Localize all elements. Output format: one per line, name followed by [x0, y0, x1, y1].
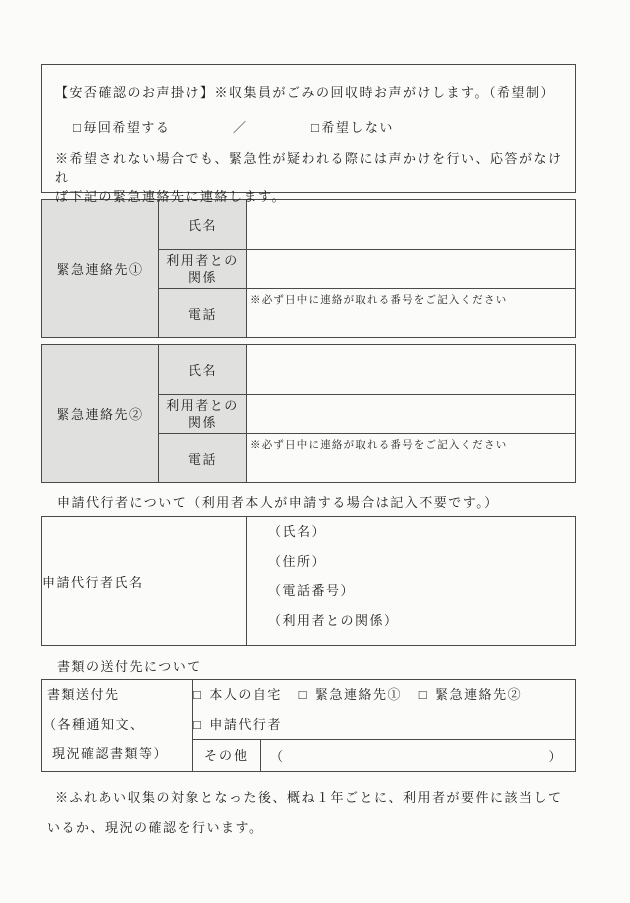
contact-1-relation-label: 利用者との関係: [159, 250, 247, 289]
open-paren: （: [270, 746, 285, 765]
checkbox-mailing-home[interactable]: □本人の自宅: [193, 687, 282, 702]
mailing-label-cell: 書類送付先 （各種通知文、 現況確認書類等）: [42, 680, 193, 772]
contact-1-phone-label: 電話: [159, 289, 247, 338]
footer-note-line1: ※ふれあい収集の対象となった後、概ね１年ごとに、利用者が要件に該当して: [41, 783, 576, 813]
mailing-section-title: 書類の送付先について: [41, 656, 576, 671]
option-not-desired-label: 希望しない: [321, 120, 394, 135]
emergency-contact-1-table: 緊急連絡先① 氏名 利用者との関係 電話 ※必ず日中に連絡が取れる番号をご記入く…: [41, 199, 576, 338]
emergency-contact-2-table: 緊急連絡先② 氏名 利用者との関係 電話 ※必ず日中に連絡が取れる番号をご記入く…: [41, 344, 576, 483]
mailing-label-line2: （各種通知文、: [42, 710, 192, 740]
mailing-label-line3: 現況確認書類等）: [42, 739, 192, 769]
proxy-fields-cell[interactable]: （氏名） （住所） （電話番号） （利用者との関係）: [247, 517, 576, 646]
checkbox-icon[interactable]: □: [419, 687, 428, 702]
mailing-home-label: 本人の自宅: [209, 687, 282, 702]
checkbox-option-every-time[interactable]: □毎回希望する: [73, 117, 170, 136]
contact-1-relation-field[interactable]: [247, 250, 576, 289]
contact-2-name-label: 氏名: [159, 345, 247, 395]
mailing-other-wrap: その他 （）: [193, 740, 575, 771]
contact-2-phone-field[interactable]: ※必ず日中に連絡が取れる番号をご記入ください: [247, 434, 576, 483]
footer-note: ※ふれあい収集の対象となった後、概ね１年ごとに、利用者が要件に該当して いるか、…: [41, 783, 576, 843]
contact-1-name-label: 氏名: [159, 200, 247, 250]
close-paren: ）: [548, 746, 563, 765]
mailing-table: 書類送付先 （各種通知文、 現況確認書類等） □本人の自宅 □緊急連絡先① □緊…: [41, 679, 576, 772]
mailing-other-label: その他: [193, 740, 261, 771]
mailing-label-line1: 書類送付先: [42, 680, 192, 710]
checkbox-mailing-contact1[interactable]: □緊急連絡先①: [299, 687, 402, 702]
safety-check-options: □毎回希望する ／ □希望しない: [55, 117, 567, 133]
contact-1-name-field[interactable]: [247, 200, 576, 250]
mailing-contact1-label: 緊急連絡先①: [315, 687, 402, 702]
checkbox-icon[interactable]: □: [193, 687, 202, 702]
contact-1-phone-note: ※必ず日中に連絡が取れる番号をご記入ください: [247, 289, 575, 307]
safety-check-title: 【安否確認のお声掛け】※収集員がごみの回収時お声がけします。（希望制）: [55, 82, 567, 101]
document-page: 【安否確認のお声掛け】※収集員がごみの回収時お声がけします。（希望制） □毎回希…: [0, 0, 630, 903]
safety-check-note-line1: ※希望されない場合でも、緊急性が疑われる際には声かけを行い、応答がなけれ: [55, 149, 567, 187]
contact-2-title: 緊急連絡先②: [42, 345, 159, 483]
option-every-time-label: 毎回希望する: [83, 120, 170, 135]
mailing-options-cell: □本人の自宅 □緊急連絡先① □緊急連絡先② □申請代行者: [193, 680, 576, 740]
checkbox-icon[interactable]: □: [299, 687, 308, 702]
form-content: 【安否確認のお声掛け】※収集員がごみの回収時お声がけします。（希望制） □毎回希…: [41, 0, 576, 843]
contact-1-title: 緊急連絡先①: [42, 200, 159, 338]
checkbox-icon[interactable]: □: [193, 717, 202, 732]
proxy-table: 申請代行者氏名 （氏名） （住所） （電話番号） （利用者との関係）: [41, 516, 576, 646]
contact-2-relation-label: 利用者との関係: [159, 395, 247, 434]
proxy-field-relation[interactable]: （利用者との関係）: [247, 606, 575, 636]
mailing-contact2-label: 緊急連絡先②: [435, 687, 522, 702]
checkbox-icon[interactable]: □: [73, 120, 82, 135]
checkbox-mailing-contact2[interactable]: □緊急連絡先②: [419, 687, 522, 702]
proxy-section-title: 申請代行者について（利用者本人が申請する場合は記入不要です。）: [41, 492, 576, 507]
mailing-proxy-label: 申請代行者: [209, 717, 282, 732]
proxy-field-name[interactable]: （氏名）: [247, 517, 575, 547]
contact-2-name-field[interactable]: [247, 345, 576, 395]
checkbox-option-not-desired[interactable]: □希望しない: [311, 117, 394, 136]
mailing-other-row: その他 （）: [193, 740, 576, 772]
contact-2-relation-field[interactable]: [247, 395, 576, 434]
mailing-options-row2: □申請代行者: [193, 710, 575, 740]
footer-note-line2: いるか、現況の確認を行います。: [41, 813, 576, 843]
safety-check-section: 【安否確認のお声掛け】※収集員がごみの回収時お声がけします。（希望制） □毎回希…: [41, 64, 576, 193]
mailing-options-row1: □本人の自宅 □緊急連絡先① □緊急連絡先②: [193, 680, 575, 710]
checkbox-mailing-proxy[interactable]: □申請代行者: [193, 717, 282, 732]
contact-2-phone-note: ※必ず日中に連絡が取れる番号をご記入ください: [247, 434, 575, 452]
checkbox-icon[interactable]: □: [311, 120, 320, 135]
option-separator-slash: ／: [233, 117, 248, 136]
mailing-other-field[interactable]: （）: [261, 746, 575, 765]
contact-1-phone-field[interactable]: ※必ず日中に連絡が取れる番号をご記入ください: [247, 289, 576, 338]
proxy-name-label: 申請代行者氏名: [42, 517, 247, 646]
proxy-field-address[interactable]: （住所）: [247, 547, 575, 577]
proxy-field-phone[interactable]: （電話番号）: [247, 576, 575, 606]
safety-check-note: ※希望されない場合でも、緊急性が疑われる際には声かけを行い、応答がなけれ ば下記…: [55, 149, 567, 206]
contact-2-phone-label: 電話: [159, 434, 247, 483]
